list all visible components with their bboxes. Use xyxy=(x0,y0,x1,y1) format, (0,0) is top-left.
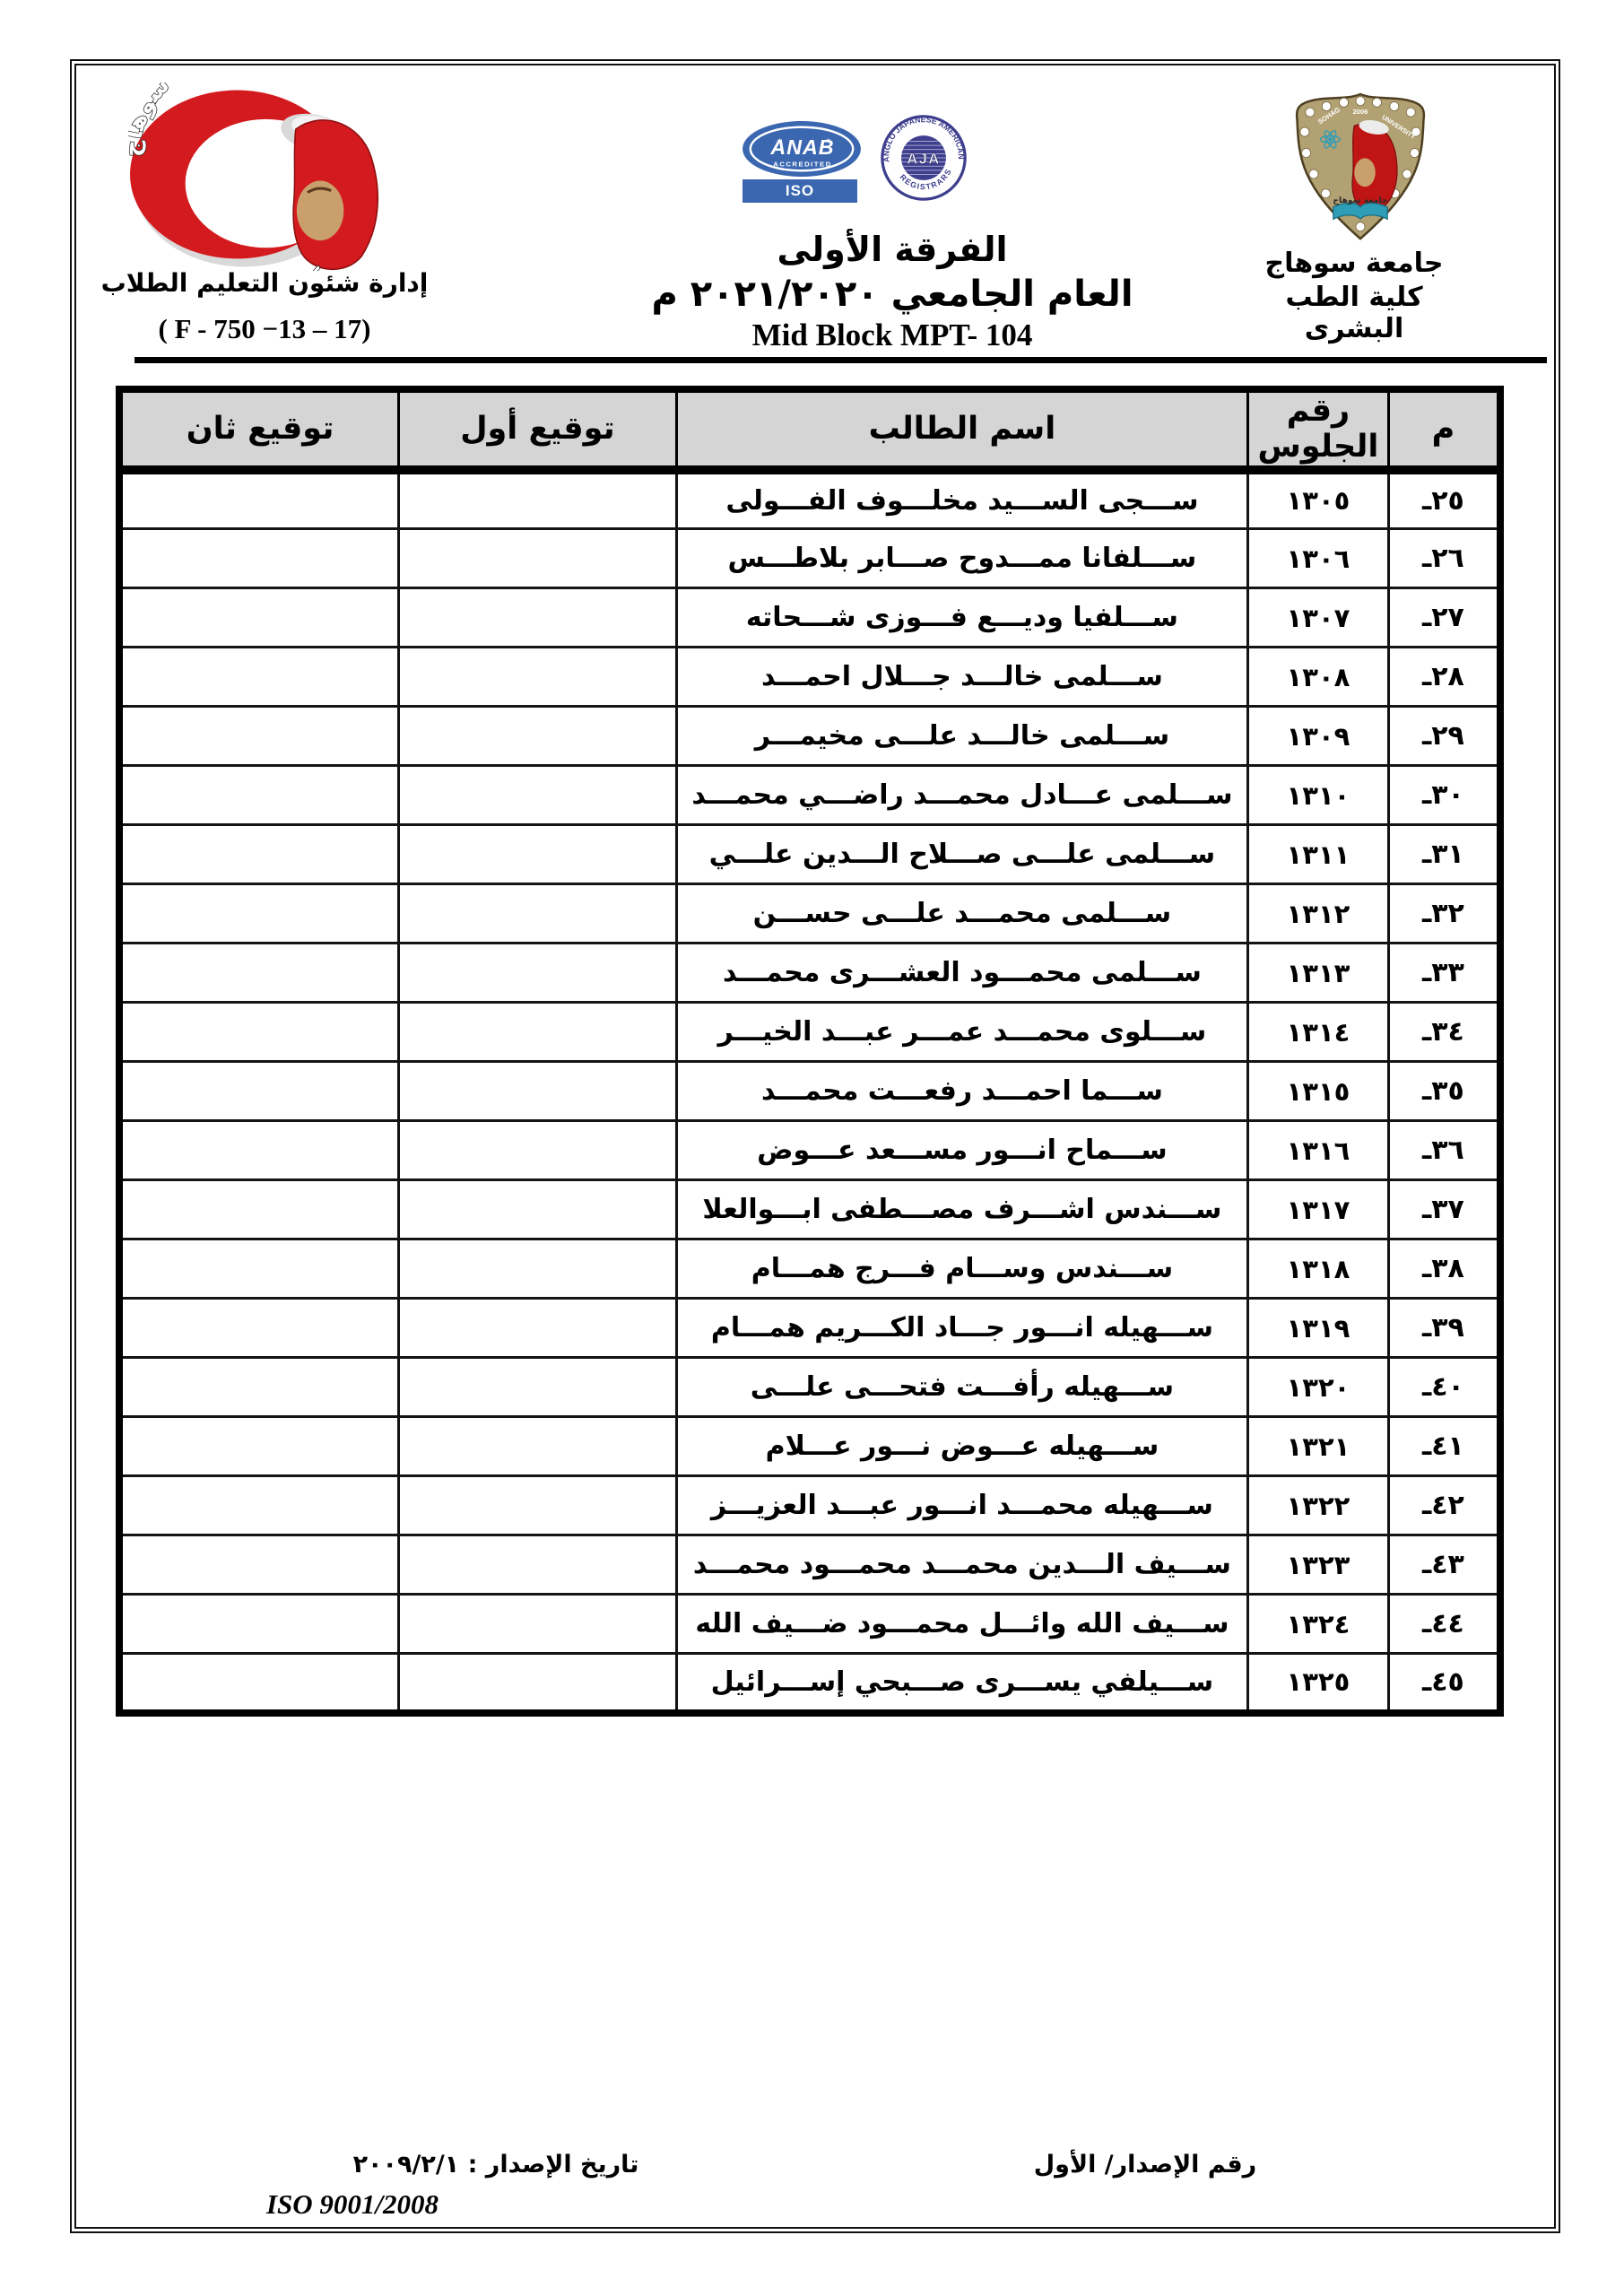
aja-registrars-logo: ANGLO JAPANESE AMERICAN REGISTRARS AJA xyxy=(881,115,967,201)
table-row: ٣٥ـ ١٣١٥ ســـما احمـــد رفعـــت محمـــد xyxy=(119,1062,1500,1121)
second-signature-cell xyxy=(119,884,399,944)
sohag-university-shield-logo: SOHAG 2006 UNIVERSITY جامعة سوهاج xyxy=(1281,90,1440,244)
anab-accredited-logo: ANAB ✶ ✶ ACCREDITED xyxy=(741,120,863,178)
issue-number-line: رقم الإصدار/ الأول xyxy=(975,2151,1316,2179)
second-signature-cell xyxy=(119,1417,399,1476)
student-name-cell: ســـلمى محمـــود العشـــرى محمـــد xyxy=(676,944,1247,1003)
grade-title: الفرقة الأولى xyxy=(628,228,1157,271)
issue-date-line: تاريخ الإصدار : ٢٠٠٩/٢/١ xyxy=(263,2151,729,2179)
university-name: جامعة سوهاج xyxy=(1254,248,1455,279)
serial-cell: ٢٥ـ xyxy=(1388,470,1500,529)
seat-number-cell: ١٣١١ xyxy=(1248,825,1389,884)
serial-cell: ٣٣ـ xyxy=(1388,944,1500,1003)
shield-bottom-text: جامعة سوهاج xyxy=(1333,196,1387,205)
seat-number-cell: ١٣١٤ xyxy=(1248,1003,1389,1062)
first-signature-cell xyxy=(399,1062,677,1121)
second-signature-cell xyxy=(119,588,399,648)
table-row: ٤٢ـ ١٣٢٢ ســـهيله محمـــد انـــور عبـــد… xyxy=(119,1476,1500,1535)
table-header-row: م رقم الجلوس اسم الطالب توقيع أول توقيع … xyxy=(119,389,1500,470)
star-icon: ✶ xyxy=(825,137,831,146)
shield-pharaoh-face xyxy=(1354,158,1375,187)
student-name-cell: ســـلمى علـــى صـــلاح الـــدين علـــي xyxy=(676,825,1247,884)
second-signature-cell xyxy=(119,944,399,1003)
first-signature-cell xyxy=(399,1180,677,1239)
first-signature-cell xyxy=(399,1299,677,1358)
table-row: ٢٨ـ ١٣٠٨ ســـلمى خالـــد جـــلال احمـــد xyxy=(119,648,1500,707)
second-signature-cell xyxy=(119,707,399,766)
col-header-student-name: اسم الطالب xyxy=(676,389,1247,470)
student-name-cell: ســـلمى خالـــد جـــلال احمـــد xyxy=(676,648,1247,707)
first-signature-cell xyxy=(399,1535,677,1595)
seat-number-cell: ١٣٠٨ xyxy=(1248,648,1389,707)
table-row: ٢٥ـ ١٣٠٥ ســـجى الســـيد مخلـــوف الفـــ… xyxy=(119,470,1500,529)
second-signature-cell xyxy=(119,1358,399,1417)
student-name-cell: ســـلمى محمـــد علـــى حســـن xyxy=(676,884,1247,944)
first-signature-cell xyxy=(399,588,677,648)
second-signature-cell xyxy=(119,1062,399,1121)
seat-number-cell: ١٣١٣ xyxy=(1248,944,1389,1003)
serial-cell: ٤٣ـ xyxy=(1388,1535,1500,1595)
serial-cell: ٣٧ـ xyxy=(1388,1180,1500,1239)
seat-number-cell: ١٣١٩ xyxy=(1248,1299,1389,1358)
student-name-cell: ســـجى الســـيد مخلـــوف الفـــولى xyxy=(676,470,1247,529)
serial-cell: ٣٠ـ xyxy=(1388,766,1500,825)
seat-number-cell: ١٣٠٥ xyxy=(1248,470,1389,529)
attendance-table: م رقم الجلوس اسم الطالب توقيع أول توقيع … xyxy=(116,386,1504,1717)
serial-cell: ٣١ـ xyxy=(1388,825,1500,884)
serial-cell: ٢٩ـ xyxy=(1388,707,1500,766)
table-row: ٢٦ـ ١٣٠٦ ســـلفانا ممـــدوح صـــابر بلاط… xyxy=(119,529,1500,588)
first-signature-cell xyxy=(399,707,677,766)
student-name-cell: ســـما احمـــد رفعـــت محمـــد xyxy=(676,1062,1247,1121)
seat-number-cell: ١٣٢٠ xyxy=(1248,1358,1389,1417)
seat-number-cell: ١٣٠٦ xyxy=(1248,529,1389,588)
table-row: ٤٣ـ ١٣٢٣ ســـيف الـــدين محمـــد محمـــو… xyxy=(119,1535,1500,1595)
table-row: ٢٩ـ ١٣٠٩ ســـلمى خالـــد علـــى مخيمـــر xyxy=(119,707,1500,766)
first-signature-cell xyxy=(399,1654,677,1713)
second-signature-cell xyxy=(119,766,399,825)
first-signature-cell xyxy=(399,825,677,884)
table-row: ٤٤ـ ١٣٢٤ ســـيف الله وائـــل محمـــود ضـ… xyxy=(119,1595,1500,1654)
col-header-first-signature: توقيع أول xyxy=(399,389,677,470)
serial-cell: ٤٢ـ xyxy=(1388,1476,1500,1535)
student-name-cell: ســـيف الله وائـــل محمـــود ضـــيف الله xyxy=(676,1595,1247,1654)
second-signature-cell xyxy=(119,1239,399,1299)
first-signature-cell xyxy=(399,944,677,1003)
table-row: ٤٠ـ ١٣٢٠ ســـهيله رأفـــت فتحـــى علـــى xyxy=(119,1358,1500,1417)
second-signature-cell xyxy=(119,1003,399,1062)
student-name-cell: ســـلمى عـــادل محمـــد راضـــي محمـــد xyxy=(676,766,1247,825)
second-signature-cell xyxy=(119,1299,399,1358)
shield-year-text: 2006 xyxy=(1353,108,1368,116)
seat-number-cell: ١٣١٥ xyxy=(1248,1062,1389,1121)
seat-number-cell: ١٣١٧ xyxy=(1248,1180,1389,1239)
aja-wordmark: AJA xyxy=(907,150,940,167)
student-name-cell: ســـندس اشـــرف مصـــطفى ابـــوالعلا xyxy=(676,1180,1247,1239)
second-signature-cell xyxy=(119,1476,399,1535)
second-signature-cell xyxy=(119,1654,399,1713)
serial-cell: ٣٩ـ xyxy=(1388,1299,1500,1358)
second-signature-cell xyxy=(119,825,399,884)
table-row: ٣٢ـ ١٣١٢ ســـلمى محمـــد علـــى حســـن xyxy=(119,884,1500,944)
first-signature-cell xyxy=(399,1358,677,1417)
first-signature-cell xyxy=(399,1476,677,1535)
second-signature-cell xyxy=(119,1535,399,1595)
faculty-of-medicine-logo: جامعة سوهاج كلية الطب xyxy=(128,83,404,271)
student-name-cell: ســـلفانا ممـــدوح صـــابر بلاطـــس xyxy=(676,529,1247,588)
serial-cell: ٢٦ـ xyxy=(1388,529,1500,588)
seat-number-cell: ١٣٢٢ xyxy=(1248,1476,1389,1535)
table-row: ٤٥ـ ١٣٢٥ ســـيلفي يســـرى صـــبحي إســـر… xyxy=(119,1654,1500,1713)
table-row: ٣١ـ ١٣١١ ســـلمى علـــى صـــلاح الـــدين… xyxy=(119,825,1500,884)
first-signature-cell xyxy=(399,648,677,707)
second-signature-cell xyxy=(119,1180,399,1239)
col-header-seat-number: رقم الجلوس xyxy=(1248,389,1389,470)
serial-cell: ٢٧ـ xyxy=(1388,588,1500,648)
col-header-second-signature: توقيع ثان xyxy=(119,389,399,470)
faculty-name: كلية الطب البشرى xyxy=(1240,282,1468,344)
seat-number-cell: ١٣١٦ xyxy=(1248,1121,1389,1180)
block-title: Mid Block MPT- 104 xyxy=(628,317,1157,353)
table-row: ٣٣ـ ١٣١٣ ســـلمى محمـــود العشـــرى محمـ… xyxy=(119,944,1500,1003)
form-code: ( F - 750 −13 – 17) xyxy=(101,313,428,345)
first-signature-cell xyxy=(399,470,677,529)
serial-cell: ٣٨ـ xyxy=(1388,1239,1500,1299)
academic-year-title: العام الجامعي ٢٠٢١/٢٠٢٠ م xyxy=(628,271,1157,317)
serial-cell: ٤٠ـ xyxy=(1388,1358,1500,1417)
serial-cell: ٣٥ـ xyxy=(1388,1062,1500,1121)
student-name-cell: ســـهيله عـــوض نـــور عـــلام xyxy=(676,1417,1247,1476)
student-name-cell: ســـيف الـــدين محمـــد محمـــود محمـــد xyxy=(676,1535,1247,1595)
first-signature-cell xyxy=(399,884,677,944)
second-signature-cell xyxy=(119,1121,399,1180)
iso-standard-line: ISO 9001/2008 xyxy=(240,2188,465,2221)
table-row: ٤١ـ ١٣٢١ ســـهيله عـــوض نـــور عـــلام xyxy=(119,1417,1500,1476)
department-line: إدارة شئون التعليم الطلاب xyxy=(92,268,437,298)
seat-number-cell: ١٣٢١ xyxy=(1248,1417,1389,1476)
serial-cell: ٣٤ـ xyxy=(1388,1003,1500,1062)
serial-cell: ٣٦ـ xyxy=(1388,1121,1500,1180)
second-signature-cell xyxy=(119,470,399,529)
col-header-serial: م xyxy=(1388,389,1500,470)
student-name-cell: ســـهيله محمـــد انـــور عبـــد العزيـــ… xyxy=(676,1476,1247,1535)
serial-cell: ٣٢ـ xyxy=(1388,884,1500,944)
first-signature-cell xyxy=(399,1121,677,1180)
student-name-cell: ســـلفيا وديـــع فـــوزى شـــحاته xyxy=(676,588,1247,648)
serial-cell: ٤٥ـ xyxy=(1388,1654,1500,1713)
second-signature-cell xyxy=(119,529,399,588)
first-signature-cell xyxy=(399,1595,677,1654)
first-signature-cell xyxy=(399,766,677,825)
title-block: الفرقة الأولى العام الجامعي ٢٠٢١/٢٠٢٠ م … xyxy=(628,228,1157,353)
seat-number-cell: ١٣١٨ xyxy=(1248,1239,1389,1299)
first-signature-cell xyxy=(399,529,677,588)
anab-accredited-text: ACCREDITED xyxy=(773,160,831,168)
serial-cell: ٤١ـ xyxy=(1388,1417,1500,1476)
table-row: ٣٧ـ ١٣١٧ ســـندس اشـــرف مصـــطفى ابـــو… xyxy=(119,1180,1500,1239)
seat-number-cell: ١٣١٢ xyxy=(1248,884,1389,944)
student-name-cell: ســـهيله انـــور جـــاد الكـــريم همـــا… xyxy=(676,1299,1247,1358)
student-name-cell: ســـيلفي يســـرى صـــبحي إســـرائيل xyxy=(676,1654,1247,1713)
second-signature-cell xyxy=(119,648,399,707)
student-name-cell: ســـلمى خالـــد علـــى مخيمـــر xyxy=(676,707,1247,766)
seat-number-cell: ١٣٢٤ xyxy=(1248,1595,1389,1654)
star-icon: ✶ xyxy=(777,137,783,146)
serial-cell: ٢٨ـ xyxy=(1388,648,1500,707)
first-signature-cell xyxy=(399,1417,677,1476)
table-row: ٣٨ـ ١٣١٨ ســـندس وســـام فـــرج همـــام xyxy=(119,1239,1500,1299)
seat-number-cell: ١٣١٠ xyxy=(1248,766,1389,825)
first-signature-cell xyxy=(399,1239,677,1299)
student-name-cell: ســـلوى محمـــد عمـــر عبـــد الخيـــر xyxy=(676,1003,1247,1062)
iso-9001-badge: ISO 9001:2008 xyxy=(743,179,857,203)
second-signature-cell xyxy=(119,1595,399,1654)
student-name-cell: ســـماح انـــور مســـعد عـــوض xyxy=(676,1121,1247,1180)
serial-cell: ٤٤ـ xyxy=(1388,1595,1500,1654)
seat-number-cell: ١٣٠٩ xyxy=(1248,707,1389,766)
table-row: ٣٩ـ ١٣١٩ ســـهيله انـــور جـــاد الكـــر… xyxy=(119,1299,1500,1358)
table-row: ٢٧ـ ١٣٠٧ ســـلفيا وديـــع فـــوزى شـــحا… xyxy=(119,588,1500,648)
table-row: ٣٠ـ ١٣١٠ ســـلمى عـــادل محمـــد راضـــي… xyxy=(119,766,1500,825)
table-row: ٣٦ـ ١٣١٦ ســـماح انـــور مســـعد عـــوض xyxy=(119,1121,1500,1180)
seat-number-cell: ١٣٠٧ xyxy=(1248,588,1389,648)
student-name-cell: ســـندس وســـام فـــرج همـــام xyxy=(676,1239,1247,1299)
seat-number-cell: ١٣٢٥ xyxy=(1248,1654,1389,1713)
table-row: ٣٤ـ ١٣١٤ ســـلوى محمـــد عمـــر عبـــد ا… xyxy=(119,1003,1500,1062)
first-signature-cell xyxy=(399,1003,677,1062)
student-name-cell: ســـهيله رأفـــت فتحـــى علـــى xyxy=(676,1358,1247,1417)
seat-number-cell: ١٣٢٣ xyxy=(1248,1535,1389,1595)
header-divider-rule xyxy=(135,357,1547,363)
